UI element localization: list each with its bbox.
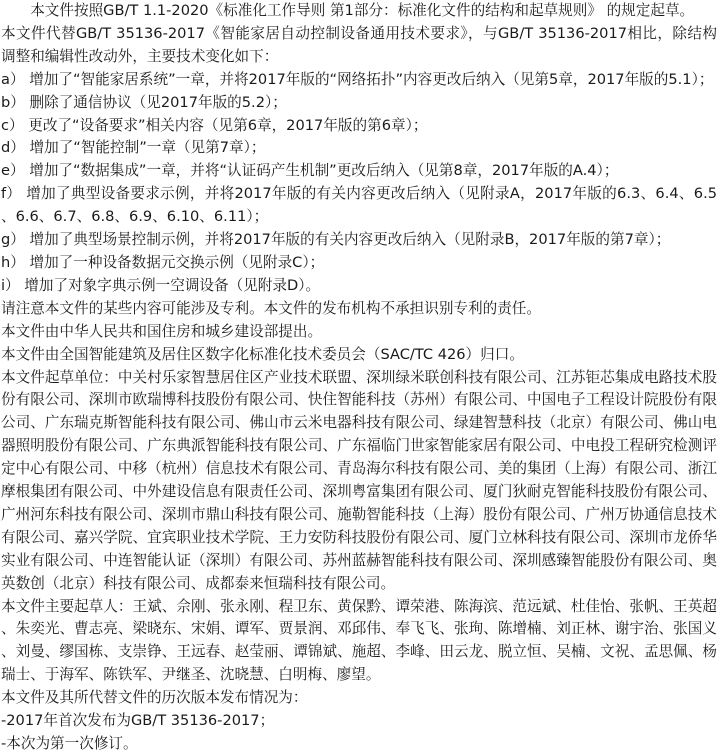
change-item-e: e） 增加了“数据集成”一章，并将“认证码产生机制”更改后纳入（见第8章，201… — [1, 160, 717, 183]
change-item-b: b） 删除了通信协议（见2017年版的5.2）； — [1, 92, 717, 115]
change-text: 增加了一种设备数据元交换示例（见附录C）； — [29, 254, 324, 271]
list-marker: a） — [1, 71, 25, 88]
change-item-g: g） 增加了典型场景控制示例，并将2017年版的有关内容更改后纳入（见附录B，2… — [1, 229, 717, 252]
list-marker: e） — [1, 162, 25, 179]
change-text: 增加了“数据集成”一章，并将“认证码产生机制”更改后纳入（见第8章，2017年版… — [29, 162, 618, 179]
change-item-h: h） 增加了一种设备数据元交换示例（见附录C）； — [1, 252, 717, 275]
list-marker: d） — [1, 139, 25, 156]
change-item-a: a） 增加了“智能家居系统”一章，并将2017年版的“网络拓扑”内容更改后纳入（… — [1, 69, 717, 92]
list-marker: b） — [1, 94, 25, 111]
proposed-by: 本文件由中华人民共和国住房和城乡建设部提出。 — [1, 321, 717, 344]
change-text: 增加了典型场景控制示例，并将2017年版的有关内容更改后纳入（见附录B，2017… — [30, 231, 671, 248]
change-text: 增加了“智能控制”一章（见第7章）； — [30, 139, 266, 156]
drafting-units: 本文件起草单位：中关村乐家智慧居住区产业技术联盟、深圳绿米联创科技有限公司、江苏… — [1, 367, 717, 596]
replacement-paragraph: 本文件代替GB/T 35136-2017《智能家居自动控制设备通用技术要求》，与… — [1, 23, 717, 69]
document-body: 本文件按照GB/T 1.1-2020《标准化工作导则 第1部分：标准化文件的结构… — [0, 0, 717, 756]
change-item-i: i） 增加了对象字典示例一空调设备（见附录D）。 — [1, 275, 717, 298]
change-item-c: c） 更改了“设备要求”相关内容（见第6章，2017年版的第6章）； — [1, 115, 717, 138]
intro-paragraph: 本文件按照GB/T 1.1-2020《标准化工作导则 第1部分：标准化文件的结构… — [1, 0, 717, 23]
list-marker: h） — [1, 254, 25, 271]
change-text: 更改了“设备要求”相关内容（见第6章，2017年版的第6章）； — [28, 117, 427, 134]
change-text: 增加了典型设备要求示例，并将2017年版的有关内容更改后纳入（见附录A，2017… — [1, 185, 717, 225]
change-text: 增加了“智能家居系统”一章，并将2017年版的“网络拓扑”内容更改后纳入（见第5… — [29, 71, 713, 88]
list-marker: c） — [1, 117, 24, 134]
history-item-2017: -2017年首次发布为GB/T 35136-2017； — [1, 710, 717, 733]
main-drafters: 本文件主要起草人：王斌、佘刚、张永刚、程卫东、黄保黔、谭荣港、陈海滨、范远斌、杜… — [1, 596, 717, 688]
history-title: 本文件及其所代替文件的历次版本发布情况为： — [1, 687, 717, 710]
patent-notice: 请注意本文件的某些内容可能涉及专利。本文件的发布机构不承担识别专利的责任。 — [1, 298, 717, 321]
list-marker: g） — [1, 231, 25, 248]
change-text: 增加了对象字典示例一空调设备（见附录D）。 — [24, 277, 320, 294]
change-item-d: d） 增加了“智能控制”一章（见第7章）； — [1, 137, 717, 160]
list-marker: f） — [1, 185, 21, 202]
history-item-current: -本次为第一次修订。 — [1, 733, 717, 756]
change-item-f: f） 增加了典型设备要求示例，并将2017年版的有关内容更改后纳入（见附录A，2… — [1, 183, 717, 229]
change-text: 删除了通信协议（见2017年版的5.2）； — [30, 94, 287, 111]
administered-by: 本文件由全国智能建筑及居住区数字化标准化技术委员会（SAC/TC 426）归口。 — [1, 344, 717, 367]
list-marker: i） — [1, 277, 20, 294]
technical-changes-list: a） 增加了“智能家居系统”一章，并将2017年版的“网络拓扑”内容更改后纳入（… — [1, 69, 717, 298]
